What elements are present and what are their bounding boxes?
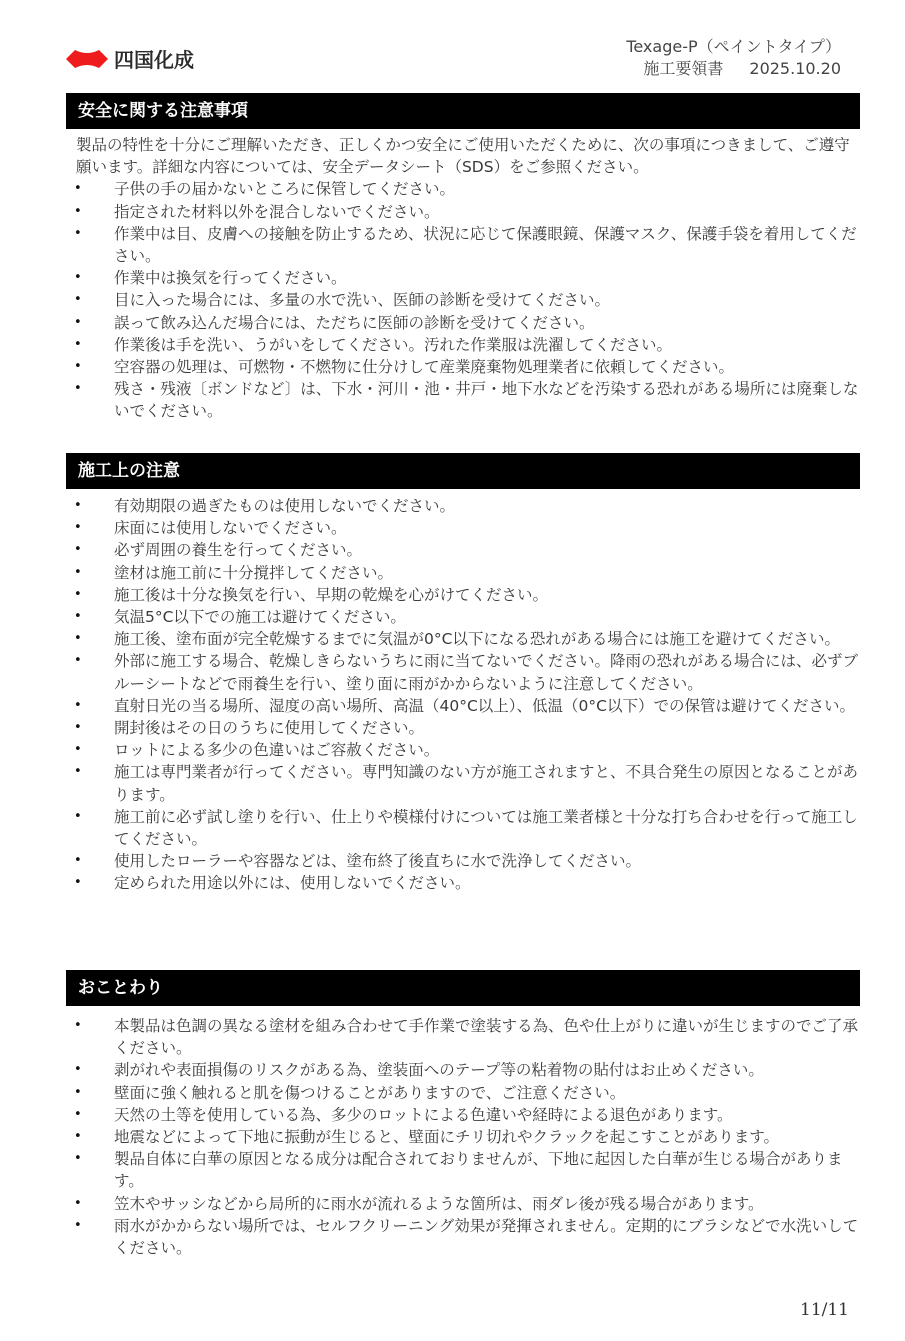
company-name: 四国化成 <box>114 44 194 73</box>
list-item: 有効期限の過ぎたものは使用しないでください。 <box>66 495 860 517</box>
list-item: 直射日光の当る場所、湿度の高い場所、高温（40°C以上）、低温（0°C以下）での… <box>66 695 860 717</box>
list-item: 施工前に必ず試し塗りを行い、仕上りや模様付けについては施工業者様と十分な打ち合わ… <box>66 806 860 850</box>
section-header-construction: 施工上の注意 <box>66 453 860 489</box>
list-item: 外部に施工する場合、乾燥しきらないうちに雨に当てないでください。降雨の恐れがある… <box>66 650 860 694</box>
doc-type: 施工要領書 <box>643 59 723 78</box>
list-item: 作業後は手を洗い、うがいをしてください。汚れた作業服は洗濯してください。 <box>66 334 860 356</box>
list-item: ロットによる多少の色違いはご容赦ください。 <box>66 739 860 761</box>
safety-intro: 製品の特性を十分にご理解いただき、正しくかつ安全にご使用いただくために、次の事項… <box>66 134 860 178</box>
list-item: 笠木やサッシなどから局所的に雨水が流れるような箇所は、雨ダレ後が残る場合がありま… <box>66 1193 860 1215</box>
list-item: 施工は専門業者が行ってください。専門知識のない方が施工されますと、不具合発生の原… <box>66 761 860 805</box>
logo-mark-icon <box>66 46 108 72</box>
list-item: 本製品は色調の異なる塗材を組み合わせて手作業で塗装する為、色や仕上がりに違いが生… <box>66 1015 860 1059</box>
section-body-safety: 製品の特性を十分にご理解いただき、正しくかつ安全にご使用いただくために、次の事項… <box>66 134 860 423</box>
list-item: 作業中は換気を行ってください。 <box>66 267 860 289</box>
section-body-disclaimer: 本製品は色調の異なる塗材を組み合わせて手作業で塗装する為、色や仕上がりに違いが生… <box>66 1015 860 1259</box>
section-header-disclaimer: おことわり <box>66 970 860 1006</box>
list-item: 製品自体に白華の原因となる成分は配合されておりませんが、下地に起因した白華が生じ… <box>66 1148 860 1192</box>
list-item: 塗材は施工前に十分撹拌してください。 <box>66 562 860 584</box>
list-item: 空容器の処理は、可燃物・不燃物に仕分けして産業廃棄物処理業者に依頼してください。 <box>66 356 860 378</box>
product-title: Texage-P（ペイントタイプ） <box>626 36 841 58</box>
list-item: 施工後、塗布面が完全乾燥するまでに気温が0°C以下になる恐れがある場合には施工を… <box>66 628 860 650</box>
list-item: 残さ・残液〔ボンドなど〕は、下水・河川・池・井戸・地下水などを汚染する恐れがある… <box>66 378 860 422</box>
list-item: 使用したローラーや容器などは、塗布終了後直ちに水で洗浄してください。 <box>66 850 860 872</box>
document-meta: Texage-P（ペイントタイプ） 施工要領書2025.10.20 <box>626 36 841 80</box>
list-item: 子供の手の届かないところに保管してください。 <box>66 178 860 200</box>
list-item: 施工後は十分な換気を行い、早期の乾燥を心がけてください。 <box>66 584 860 606</box>
list-item: 定められた用途以外には、使用しないでください。 <box>66 872 860 894</box>
list-item: 床面には使用しないでください。 <box>66 517 860 539</box>
list-item: 壁面に強く触れると肌を傷つけることがありますので、ご注意ください。 <box>66 1082 860 1104</box>
company-logo: 四国化成 <box>66 44 194 73</box>
page-number: 11/11 <box>800 1300 849 1320</box>
doc-date: 2025.10.20 <box>749 59 841 78</box>
construction-list: 有効期限の過ぎたものは使用しないでください。 床面には使用しないでください。 必… <box>66 495 860 895</box>
list-item: 剥がれや表面損傷のリスクがある為、塗装面へのテープ等の粘着物の貼付はお止めくださ… <box>66 1059 860 1081</box>
list-item: 雨水がかからない場所では、セルフクリーニング効果が発揮されません。定期的にブラシ… <box>66 1215 860 1259</box>
list-item: 開封後はその日のうちに使用してください。 <box>66 717 860 739</box>
section-header-safety: 安全に関する注意事項 <box>66 93 860 129</box>
safety-list: 子供の手の届かないところに保管してください。 指定された材料以外を混合しないでく… <box>66 178 860 422</box>
list-item: 地震などによって下地に振動が生じると、壁面にチリ切れやクラックを起こすことがあり… <box>66 1126 860 1148</box>
disclaimer-list: 本製品は色調の異なる塗材を組み合わせて手作業で塗装する為、色や仕上がりに違いが生… <box>66 1015 860 1259</box>
list-item: 気温5°C以下での施工は避けてください。 <box>66 606 860 628</box>
list-item: 指定された材料以外を混合しないでください。 <box>66 201 860 223</box>
doc-info-line: 施工要領書2025.10.20 <box>626 58 841 80</box>
list-item: 天然の土等を使用している為、多少のロットによる色違いや経時による退色があります。 <box>66 1104 860 1126</box>
list-item: 必ず周囲の養生を行ってください。 <box>66 539 860 561</box>
section-body-construction: 有効期限の過ぎたものは使用しないでください。 床面には使用しないでください。 必… <box>66 495 860 895</box>
list-item: 作業中は目、皮膚への接触を防止するため、状況に応じて保護眼鏡、保護マスク、保護手… <box>66 223 860 267</box>
list-item: 目に入った場合には、多量の水で洗い、医師の診断を受けてください。 <box>66 289 860 311</box>
list-item: 誤って飲み込んだ場合には、ただちに医師の診断を受けてください。 <box>66 312 860 334</box>
